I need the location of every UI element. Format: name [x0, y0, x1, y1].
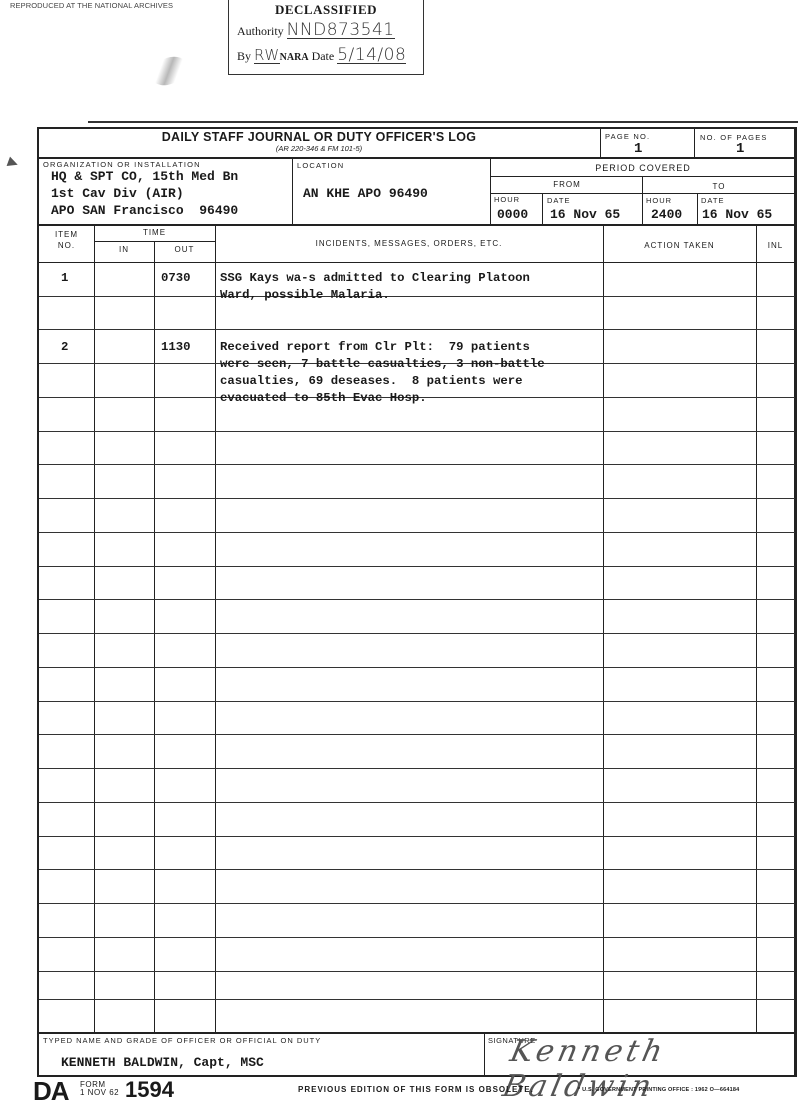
from-date-value: 16 Nov 65 [550, 207, 620, 222]
page-no-label: PAGE NO. [605, 132, 650, 141]
entry-time-out: 0730 [161, 270, 191, 287]
no-of-pages-label: NO. OF PAGES [700, 133, 768, 142]
entry-text-line: Ward, possible Malaria. [220, 287, 390, 304]
organization-line-1: HQ & SPT CO, 15th Med Bn [51, 169, 238, 184]
to-date-label: DATE [701, 196, 724, 205]
scan-smudge [146, 51, 191, 91]
location-label: LOCATION [297, 161, 344, 170]
inl-header: INL [756, 241, 795, 250]
from-label: FROM [491, 180, 643, 189]
top-rule [88, 121, 798, 123]
no-of-pages-value: 1 [736, 141, 744, 157]
to-date-value: 16 Nov 65 [702, 207, 772, 222]
organization-line-3: APO SAN Francisco 96490 [51, 203, 238, 218]
authority-value: NND873541 [287, 22, 395, 39]
date-label: Date [312, 49, 335, 63]
entry-text-line: were seen, 7 battle casualties, 3 non-ba… [220, 356, 545, 373]
period-covered-label: PERIOD COVERED [491, 163, 795, 173]
from-date-label: DATE [547, 196, 570, 205]
time-out-header: OUT [154, 245, 215, 254]
authority-line: Authority NND873541 [237, 22, 395, 39]
duty-log-form: DAILY STAFF JOURNAL OR DUTY OFFICER'S LO… [37, 127, 797, 1077]
action-taken-header: ACTION TAKEN [603, 241, 756, 250]
printing-office-note: * U.S. GOVERNMENT PRINTING OFFICE : 1962… [578, 1087, 739, 1093]
officer-label: TYPED NAME AND GRADE OF OFFICER OR OFFIC… [43, 1036, 321, 1045]
from-hour-value: 0000 [497, 207, 528, 222]
by-label: By [237, 49, 251, 63]
form-number: 1594 [125, 1077, 174, 1103]
from-hour-label: HOUR [494, 195, 520, 204]
declassification-stamp: DECLASSIFIED Authority NND873541 By RWNA… [228, 0, 424, 75]
form-title: DAILY STAFF JOURNAL OR DUTY OFFICER'S LO… [39, 130, 599, 144]
form-agency: DA [33, 1076, 69, 1107]
incidents-header: INCIDENTS, MESSAGES, ORDERS, ETC. [215, 239, 603, 248]
entry-text-line: evacuated to 85th Evac Hosp. [220, 390, 427, 407]
item-header: ITEM NO. [39, 230, 94, 250]
to-hour-value: 2400 [651, 207, 682, 222]
entry-text-line: Received report from Clr Plt: 79 patient… [220, 339, 530, 356]
form-label: FORM 1 NOV 62 [80, 1081, 119, 1097]
entry-time-out: 1130 [161, 339, 191, 356]
to-hour-label: HOUR [646, 196, 672, 205]
form-subtitle: (AR 220-346 & FM 101-5) [39, 144, 599, 153]
authority-label: Authority [237, 24, 284, 38]
declass-date: 5/14/08 [337, 47, 406, 64]
to-label: TO [643, 182, 795, 191]
entry-item-no: 2 [61, 339, 68, 356]
organization-label: ORGANIZATION OR INSTALLATION [43, 160, 201, 169]
entry-item-no: 1 [61, 270, 68, 287]
declassified-title: DECLASSIFIED [229, 2, 423, 18]
page-no-value: 1 [634, 141, 642, 157]
nara-label: NARA [280, 52, 309, 63]
time-header: TIME [94, 228, 215, 237]
previous-edition-note: PREVIOUS EDITION OF THIS FORM IS OBSOLET… [298, 1085, 534, 1094]
by-line: By RWNARA Date 5/14/08 [237, 47, 406, 64]
officer-name: KENNETH BALDWIN, Capt, MSC [61, 1055, 264, 1070]
entry-text-line: casualties, 69 deseases. 8 patients were [220, 373, 523, 390]
punch-mark-icon [7, 157, 20, 170]
time-in-header: IN [94, 245, 154, 254]
location-value: AN KHE APO 96490 [303, 186, 428, 201]
organization-line-2: 1st Cav Div (AIR) [51, 186, 184, 201]
archive-note: REPRODUCED AT THE NATIONAL ARCHIVES [10, 1, 173, 10]
by-initials: RW [254, 47, 280, 64]
signature: Kenneth Baldwin [500, 1034, 802, 1104]
entry-text-line: SSG Kays wa-s admitted to Clearing Plato… [220, 270, 530, 287]
